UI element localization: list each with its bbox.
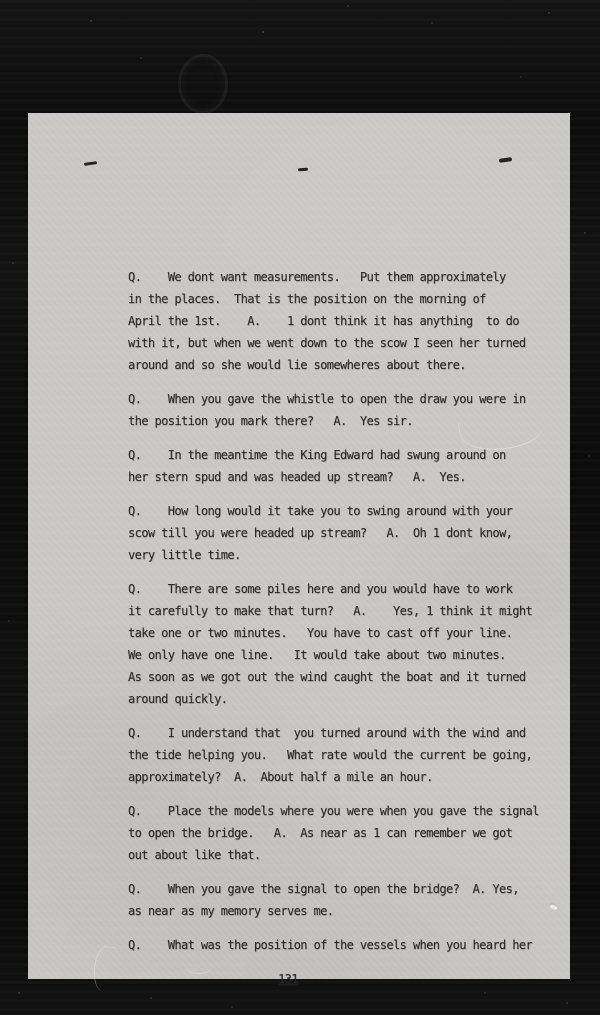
film-dust-specks bbox=[0, 0, 2, 2]
qa-paragraph-9: Q. What was the position of the vessels … bbox=[128, 934, 568, 956]
transcript-text: Q. We dont want measurements. Put them a… bbox=[128, 266, 568, 1002]
qa-paragraph-8: Q. When you gave the signal to open the … bbox=[128, 878, 568, 922]
qa-paragraph-6: Q. I understand that you turned around w… bbox=[128, 722, 568, 788]
qa-paragraph-3: Q. In the meantime the King Edward had s… bbox=[128, 444, 568, 488]
qa-paragraph-5: Q. There are some piles here and you wou… bbox=[128, 578, 568, 710]
page-number: 131 bbox=[128, 968, 568, 990]
qa-paragraph-1: Q. We dont want measurements. Put them a… bbox=[128, 266, 568, 376]
qa-paragraph-2: Q. When you gave the whistle to open the… bbox=[128, 388, 568, 432]
film-watermark-ring-icon bbox=[178, 54, 228, 114]
qa-paragraph-4: Q. How long would it take you to swing a… bbox=[128, 500, 568, 566]
pencil-dash-mark-center bbox=[298, 168, 308, 172]
scanned-page: Q. We dont want measurements. Put them a… bbox=[28, 113, 570, 979]
scanned-microfilm-frame: Q. We dont want measurements. Put them a… bbox=[0, 0, 600, 1015]
pencil-dash-mark-right bbox=[499, 157, 512, 163]
paper-scratch-mark-left bbox=[91, 945, 118, 992]
qa-paragraph-7: Q. Place the models where you were when … bbox=[128, 800, 568, 866]
pencil-dash-mark-left bbox=[84, 161, 97, 166]
